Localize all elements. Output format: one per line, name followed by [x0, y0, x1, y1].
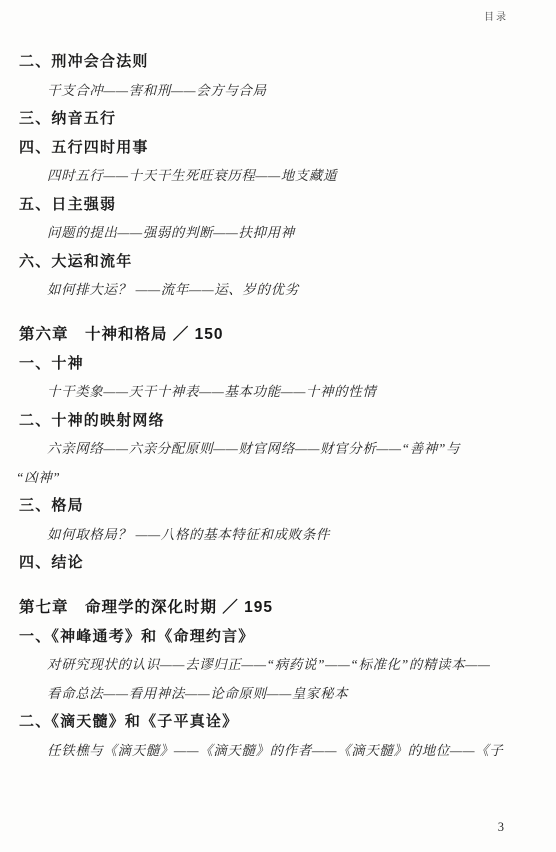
toc-sub-entry: 任铁樵与《滴天髓》——《滴天髓》的作者——《滴天髓》的地位——《子 — [19, 742, 540, 759]
toc-item: 二、十神的映射网络 — [19, 412, 540, 429]
toc-sub-entry: 看命总法——看用神法——论命原则——皇家秘本 — [19, 685, 540, 702]
toc-item: 四、五行四时用事 — [19, 139, 540, 156]
toc-chapter-heading: 第六章 十神和格局 ／ 150 — [19, 326, 540, 343]
toc-sub-entry: 问题的提出——强弱的判断——扶抑用神 — [19, 224, 540, 241]
page-number: 3 — [498, 820, 504, 835]
toc-item: 六、大运和流年 — [19, 253, 540, 270]
running-head: 目录 — [484, 8, 508, 23]
toc-sub-entry: 四时五行——十天干生死旺衰历程——地支藏遁 — [19, 167, 540, 184]
toc-sub-entry: 对研究现状的认识——去谬归正——“病药说”——“标准化”的精读本—— — [19, 656, 540, 673]
toc-item: 三、纳音五行 — [19, 110, 540, 127]
toc-sub-entry: 六亲网络——六亲分配原则——财官网络——财官分析——“善神”与 — [19, 440, 540, 457]
toc-sub-entry: 如何排大运？ ——流年——运、岁的优劣 — [19, 281, 540, 298]
toc-item: 二、《滴天髓》和《子平真诠》 — [19, 713, 540, 730]
toc-item: 一、十神 — [19, 355, 540, 372]
toc-item: 四、结论 — [19, 554, 540, 571]
toc-sub-entry: 干支合冲——害和刑——会方与合局 — [19, 82, 540, 99]
toc-content: 二、刑冲会合法则 干支合冲——害和刑——会方与合局 三、纳音五行 四、五行四时用… — [19, 53, 540, 770]
toc-sub-entry: 十干类象——天干十神表——基本功能——十神的性情 — [19, 383, 540, 400]
toc-item: 三、格局 — [19, 497, 540, 514]
toc-item: 五、日主强弱 — [19, 196, 540, 213]
toc-item: 一、《神峰通考》和《命理约言》 — [19, 628, 540, 645]
toc-item: 二、刑冲会合法则 — [19, 53, 540, 70]
toc-sub-entry: 如何取格局？ ——八格的基本特征和成败条件 — [19, 526, 540, 543]
toc-sub-entry-continuation: “凶神” — [16, 469, 540, 486]
toc-page: 目录 二、刑冲会合法则 干支合冲——害和刑——会方与合局 三、纳音五行 四、五行… — [0, 0, 556, 852]
toc-chapter-heading: 第七章 命理学的深化时期 ／ 195 — [19, 599, 540, 616]
